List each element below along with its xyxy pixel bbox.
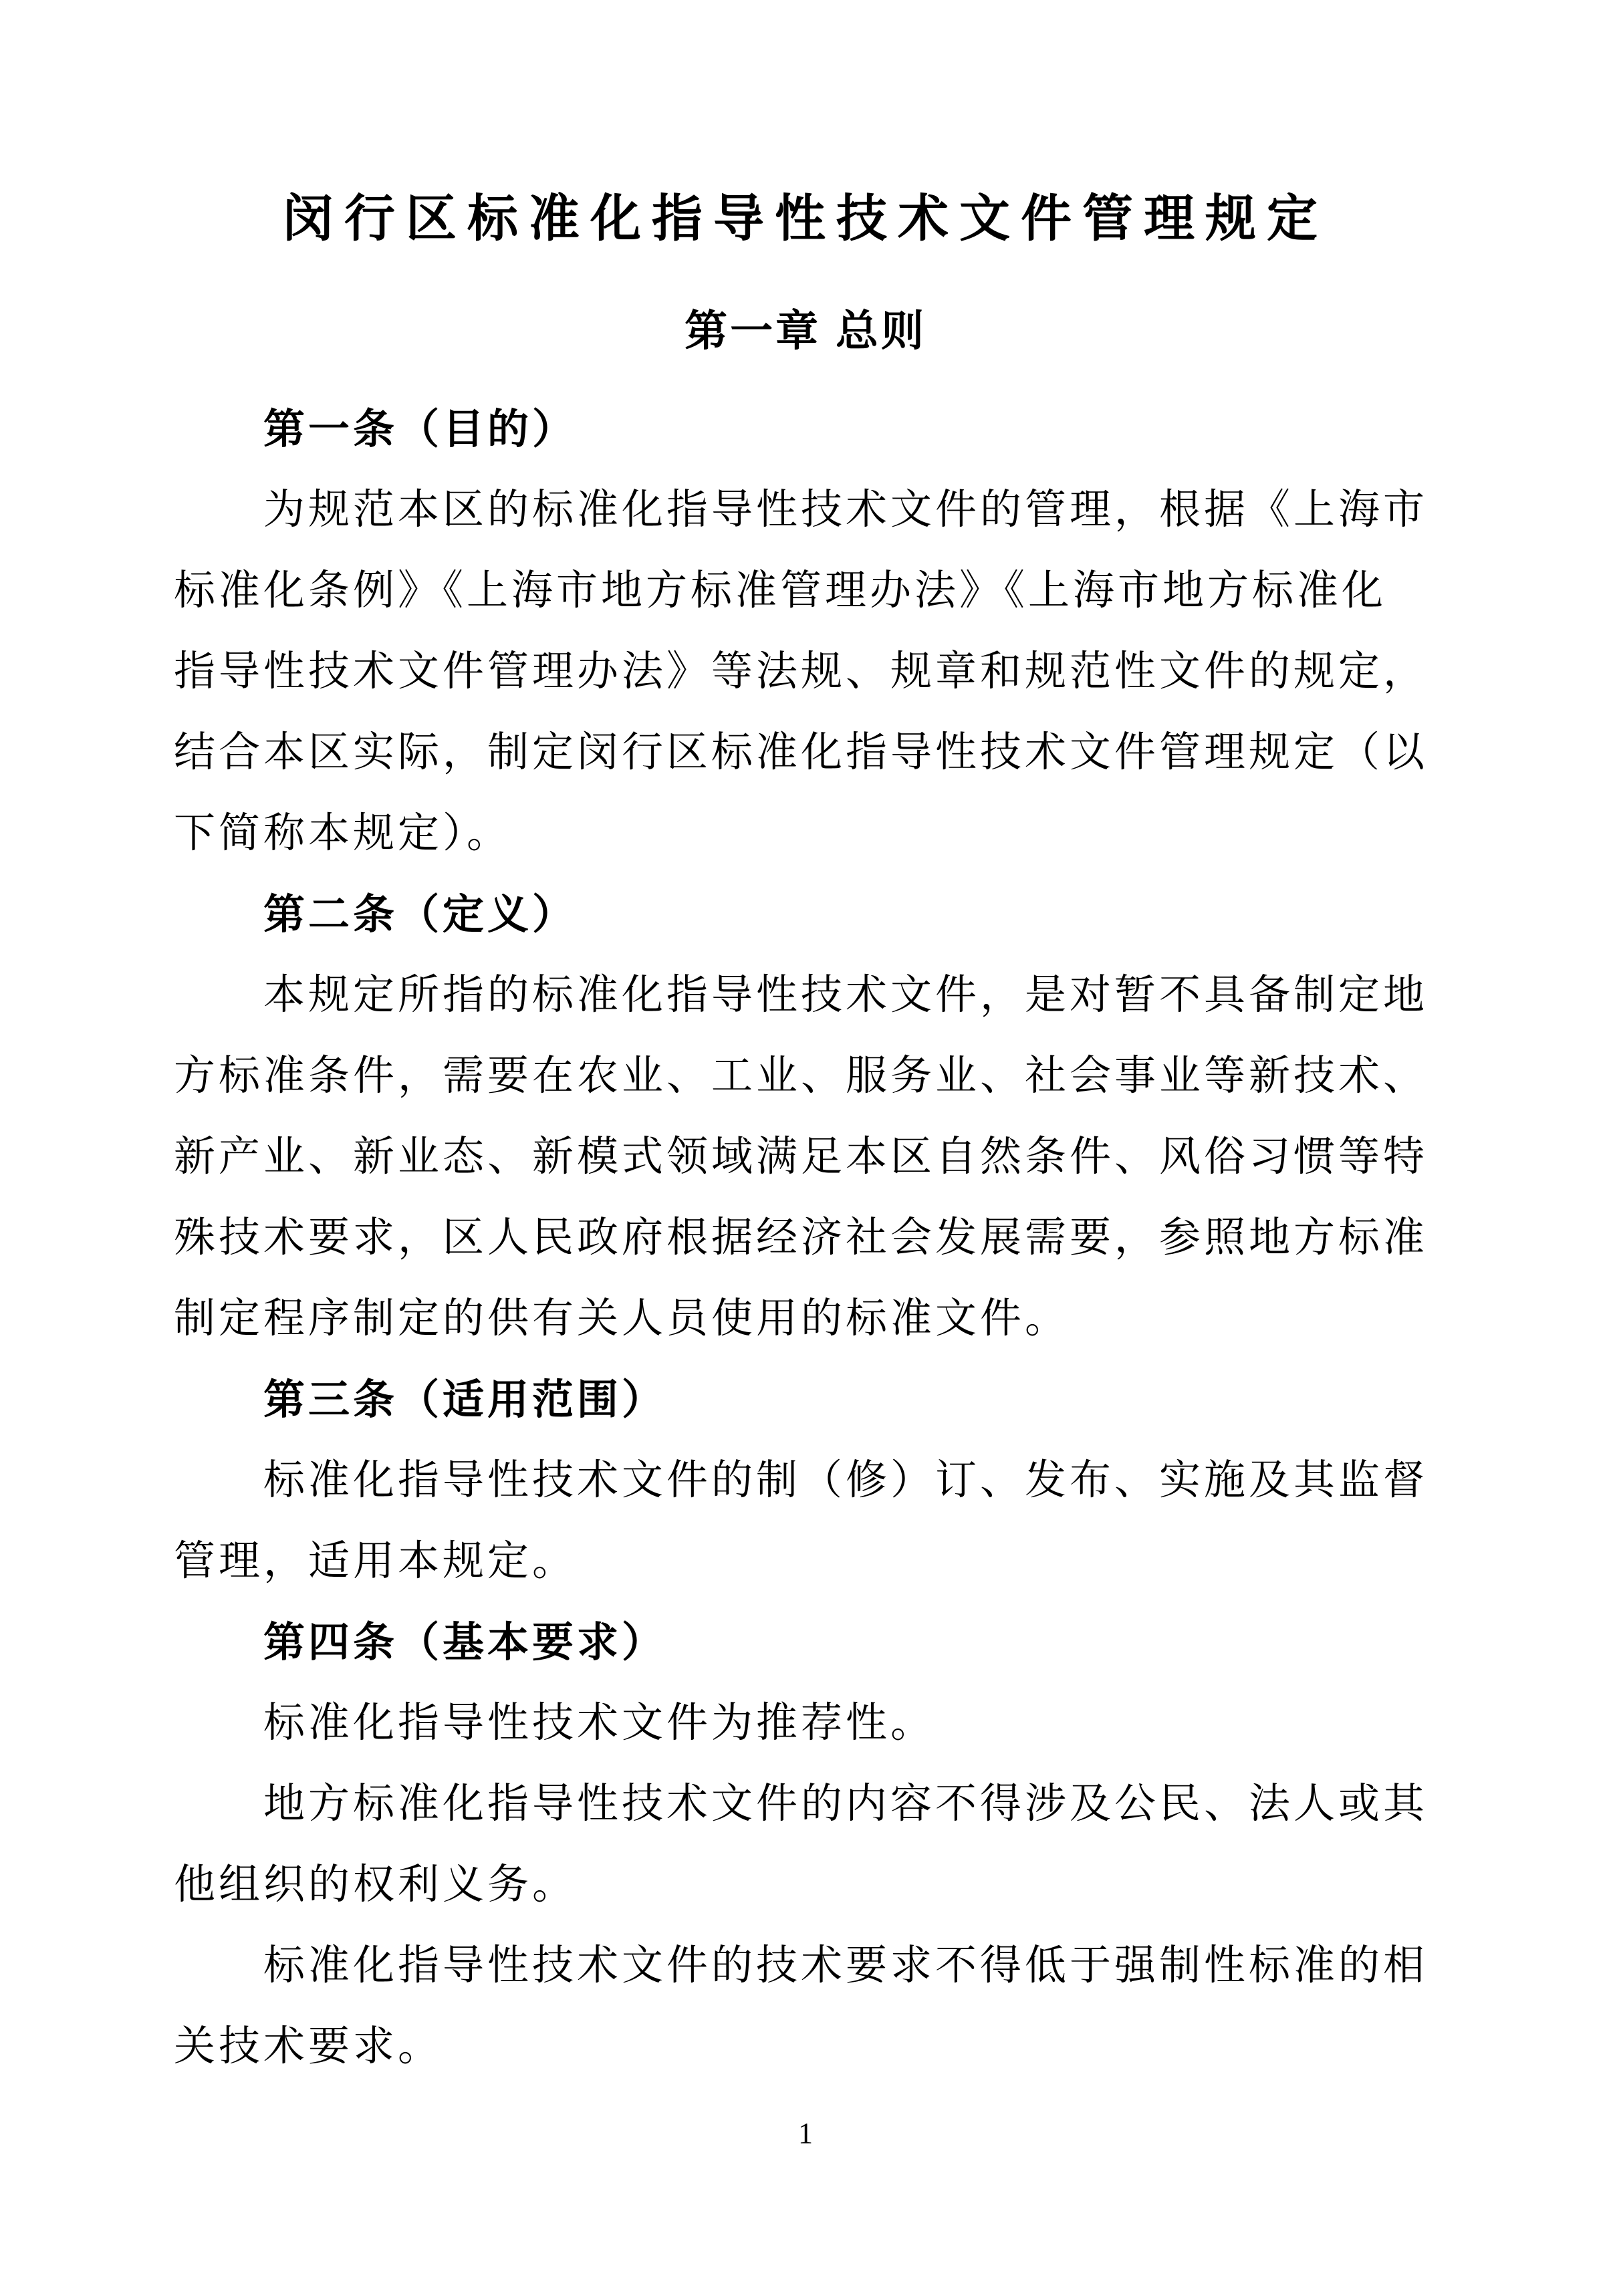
document-page: 闵行区标准化指导性技术文件管理规定 第一章 总则 第一条（目的） 为规范本区的标… [0,0,1611,2296]
article-2-heading: 第二条（定义） [174,874,1437,955]
article-1-heading: 第一条（目的） [174,389,1437,470]
page-number: 1 [0,2119,1611,2148]
article-4-paragraph-2: 地方标准化指导性技术文件的内容不得涉及公民、法人或其 他组织的权利义务。 [174,1764,1437,1926]
article-1-paragraph-1: 为规范本区的标准化指导性技术文件的管理，根据《上海市 标准化条例》《上海市地方标… [174,470,1437,874]
article-3-heading: 第三条（适用范围） [174,1360,1437,1440]
article-4-paragraph-3: 标准化指导性技术文件的技术要求不得低于强制性标准的相 关技术要求。 [174,1926,1437,2087]
article-3-paragraph-1: 标准化指导性技术文件的制（修）订、发布、实施及其监督 管理，适用本规定。 [174,1440,1437,1602]
article-4-paragraph-1: 标准化指导性技术文件为推荐性。 [174,1683,1437,1764]
article-2-paragraph-1: 本规定所指的标准化指导性技术文件，是对暂不具备制定地 方标准条件，需要在农业、工… [174,955,1437,1360]
articles-section: 第一条（目的） 为规范本区的标准化指导性技术文件的管理，根据《上海市 标准化条例… [174,389,1437,2087]
chapter-heading: 第一章 总则 [174,304,1437,358]
document-title: 闵行区标准化指导性技术文件管理规定 [174,0,1437,253]
document-content: 闵行区标准化指导性技术文件管理规定 第一章 总则 第一条（目的） 为规范本区的标… [0,0,1437,2087]
article-4-heading: 第四条（基本要求） [174,1602,1437,1683]
